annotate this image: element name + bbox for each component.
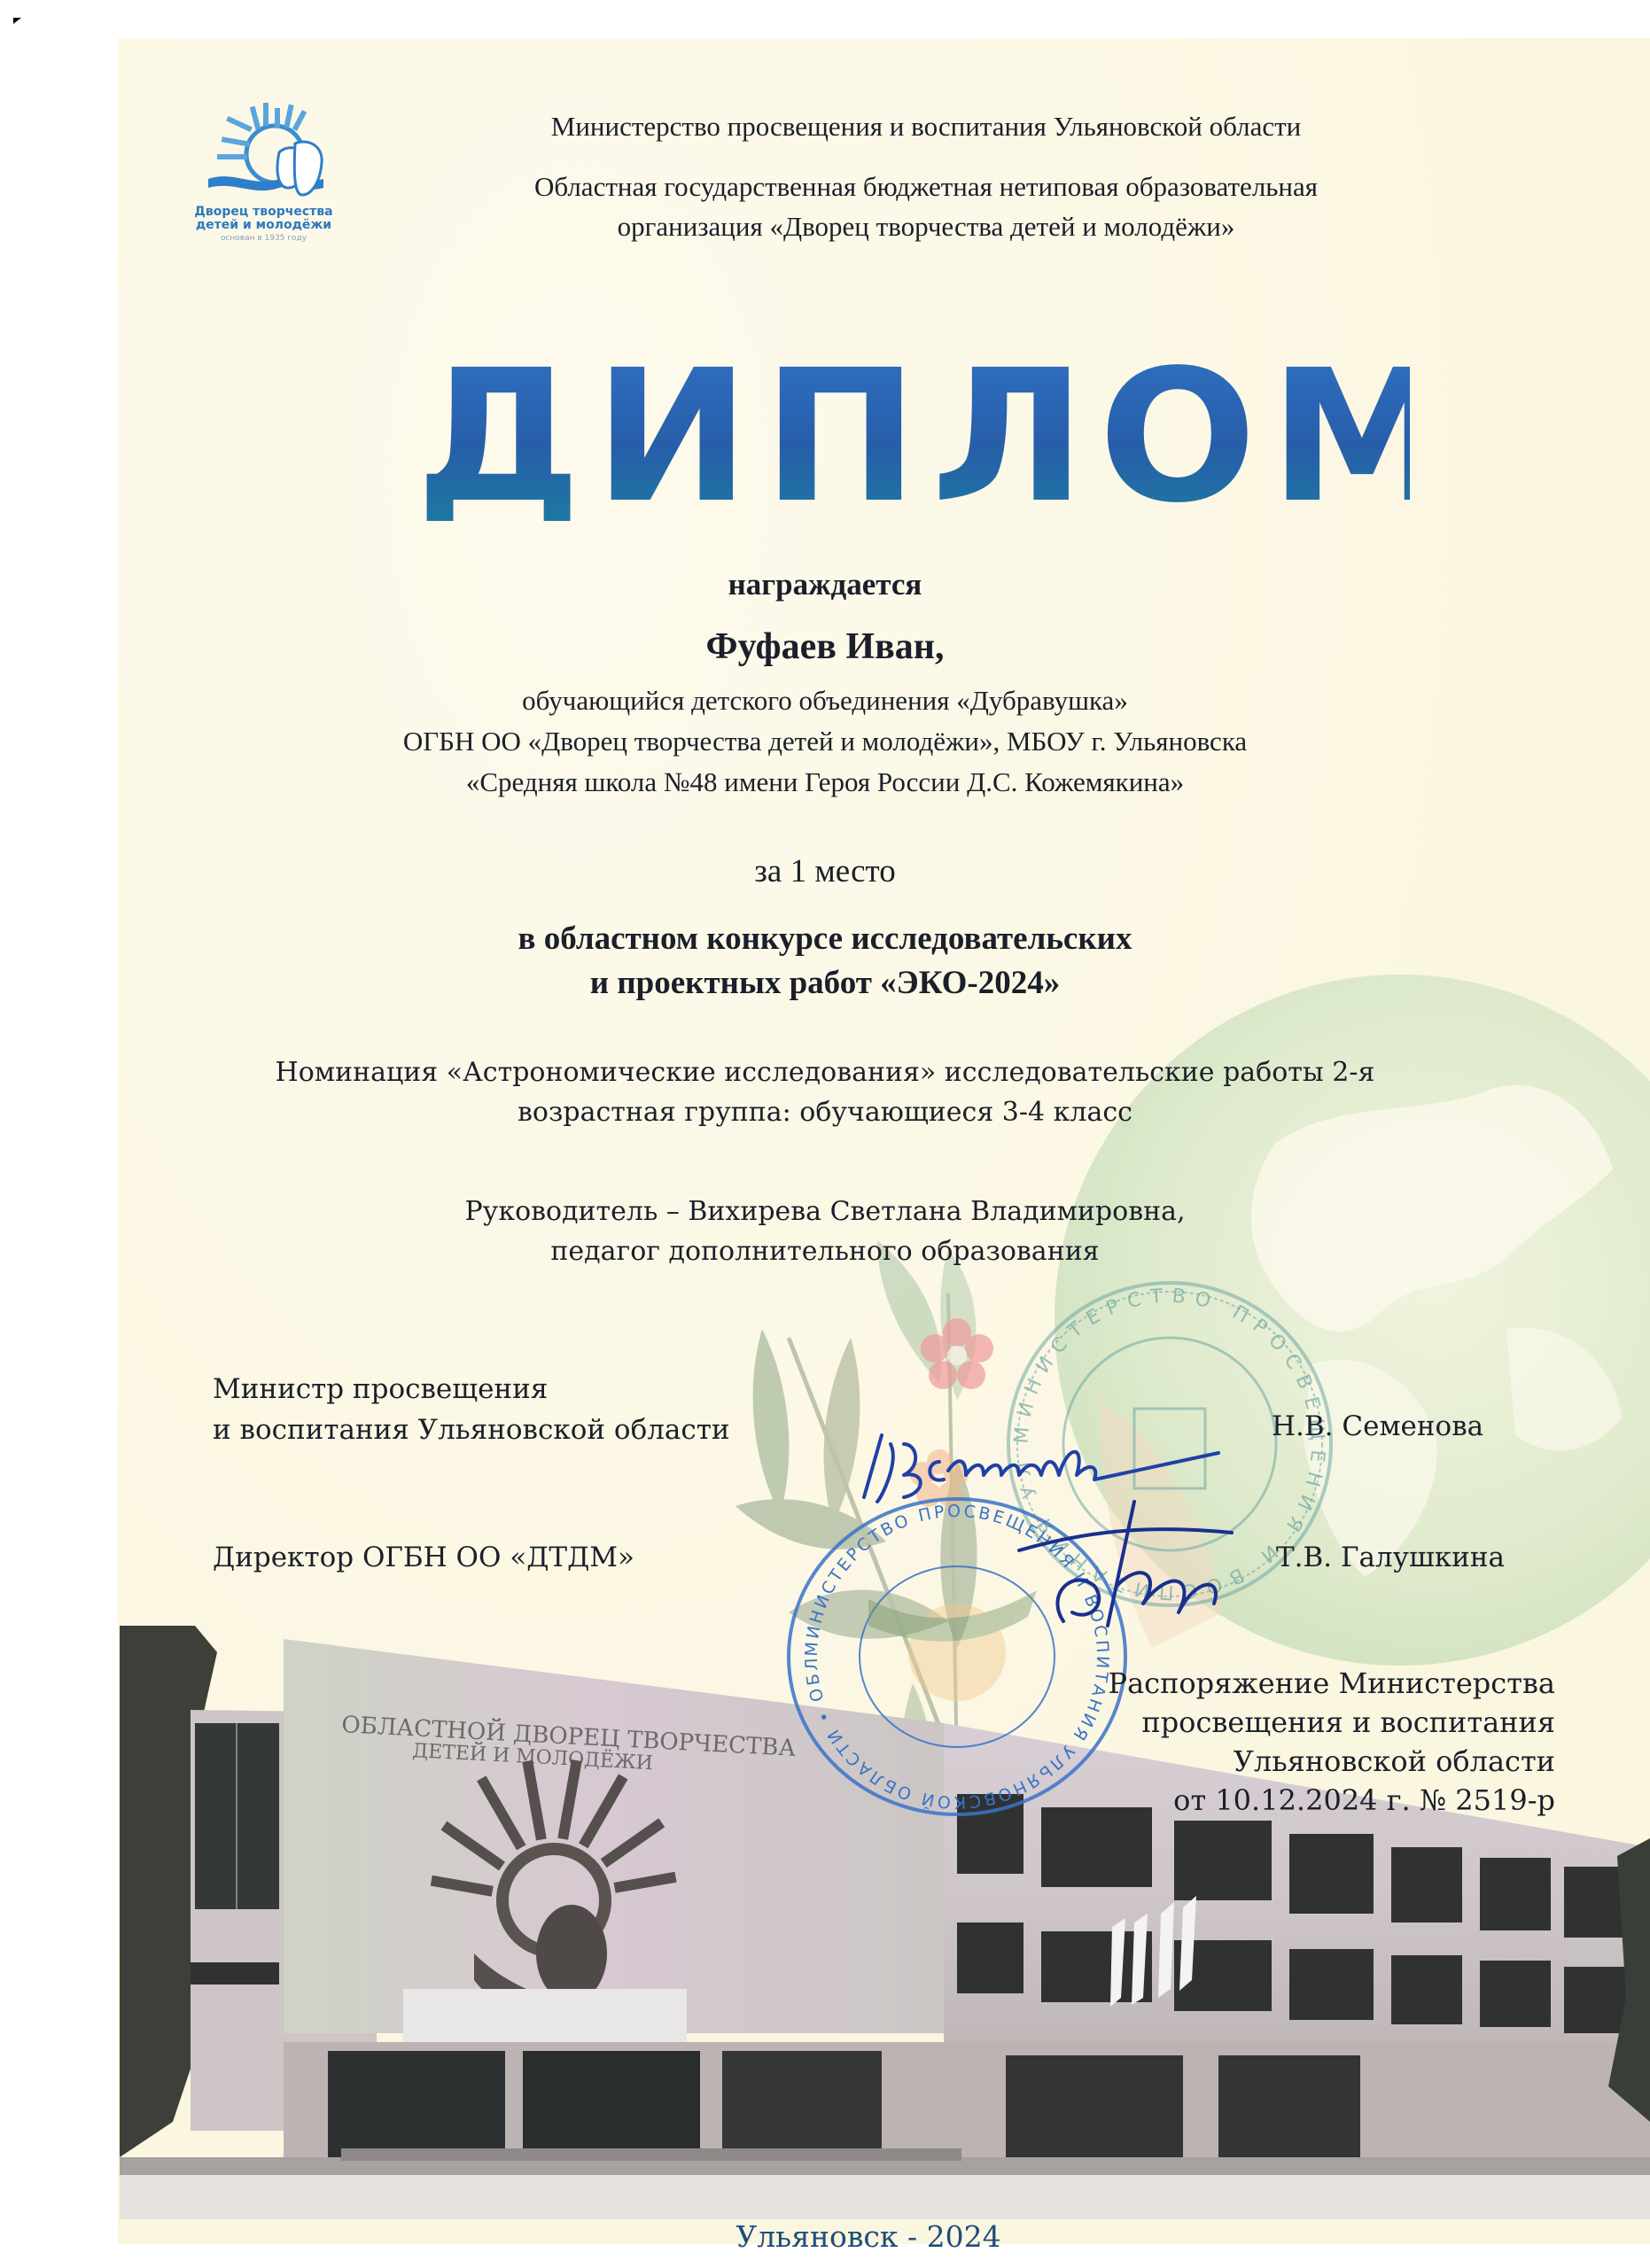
leader-line: Руководитель – Вихирева Светлана Владими… bbox=[354, 1192, 1296, 1231]
order-line: Распоряжение Министерства bbox=[1046, 1664, 1555, 1703]
minister-title-line: Министр просвещения bbox=[213, 1369, 730, 1410]
director-signature bbox=[1010, 1497, 1241, 1630]
recipient-description: обучающийся детского объединения «Дубрав… bbox=[257, 680, 1393, 803]
diploma-title: ДИПЛОМ bbox=[416, 353, 1410, 521]
organization-line2: организация «Дворец творчества детей и м… bbox=[390, 206, 1462, 246]
contest-line: и проектных работ «ЭКО-2024» bbox=[354, 961, 1296, 1006]
logo-caption-line1: Дворец творчества bbox=[191, 206, 337, 219]
city-year: Ульяновск - 2024 bbox=[691, 2219, 1046, 2254]
nomination: Номинация «Астрономические исследования»… bbox=[266, 1052, 1384, 1132]
minister-title: Министр просвещения и воспитания Ульянов… bbox=[213, 1369, 730, 1450]
nomination-line: Номинация «Астрономические исследования»… bbox=[266, 1052, 1384, 1092]
palace-logo: Дворец творчества детей и молодёжи основ… bbox=[191, 99, 337, 254]
description-line: ОГБН ОО «Дворец творчества детей и молод… bbox=[257, 721, 1393, 762]
director-title: Директор ОГБН ОО «ДТДМ» bbox=[213, 1542, 634, 1573]
organization-header: Областная государственная бюджетная нети… bbox=[390, 167, 1462, 246]
contest-name: в областном конкурсе исследовательских и… bbox=[354, 917, 1296, 1006]
order-line: Ульяновской области bbox=[1046, 1742, 1555, 1781]
organization-line1: Областная государственная бюджетная нети… bbox=[390, 167, 1462, 206]
director-name: Т.В. Галушкина bbox=[1276, 1542, 1505, 1573]
order-line: просвещения и воспитания bbox=[1046, 1703, 1555, 1742]
order-line: от 10.12.2024 г. № 2519-р bbox=[1046, 1781, 1555, 1820]
sun-rays-children-logo-icon bbox=[191, 99, 337, 204]
description-line: обучающийся детского объединения «Дубрав… bbox=[257, 680, 1393, 721]
nomination-line: возрастная группа: обучающиеся 3-4 класс bbox=[266, 1092, 1384, 1132]
award-place: за 1 место bbox=[382, 852, 1268, 890]
order-reference: Распоряжение Министерства просвещения и … bbox=[1046, 1664, 1555, 1820]
leader-line: педагог дополнительного образования bbox=[354, 1231, 1296, 1271]
scan-corner-mark bbox=[13, 18, 21, 24]
logo-caption-line2: детей и молодёжи bbox=[191, 219, 337, 232]
minister-signature bbox=[855, 1426, 1227, 1506]
logo-founded: основан в 1935 году bbox=[191, 234, 337, 243]
description-line: «Средняя школа №48 имени Героя России Д.… bbox=[257, 762, 1393, 803]
recipient-name: Фуфаев Иван, bbox=[382, 625, 1268, 668]
minister-title-line: и воспитания Ульяновской области bbox=[213, 1410, 730, 1450]
ministry-header: Министерство просвещения и воспитания Ул… bbox=[408, 111, 1444, 143]
leader: Руководитель – Вихирева Светлана Владими… bbox=[354, 1192, 1296, 1271]
awarded-label: награждается bbox=[382, 567, 1268, 602]
minister-name: Н.В. Семенова bbox=[1272, 1410, 1483, 1442]
contest-line: в областном конкурсе исследовательских bbox=[354, 917, 1296, 961]
